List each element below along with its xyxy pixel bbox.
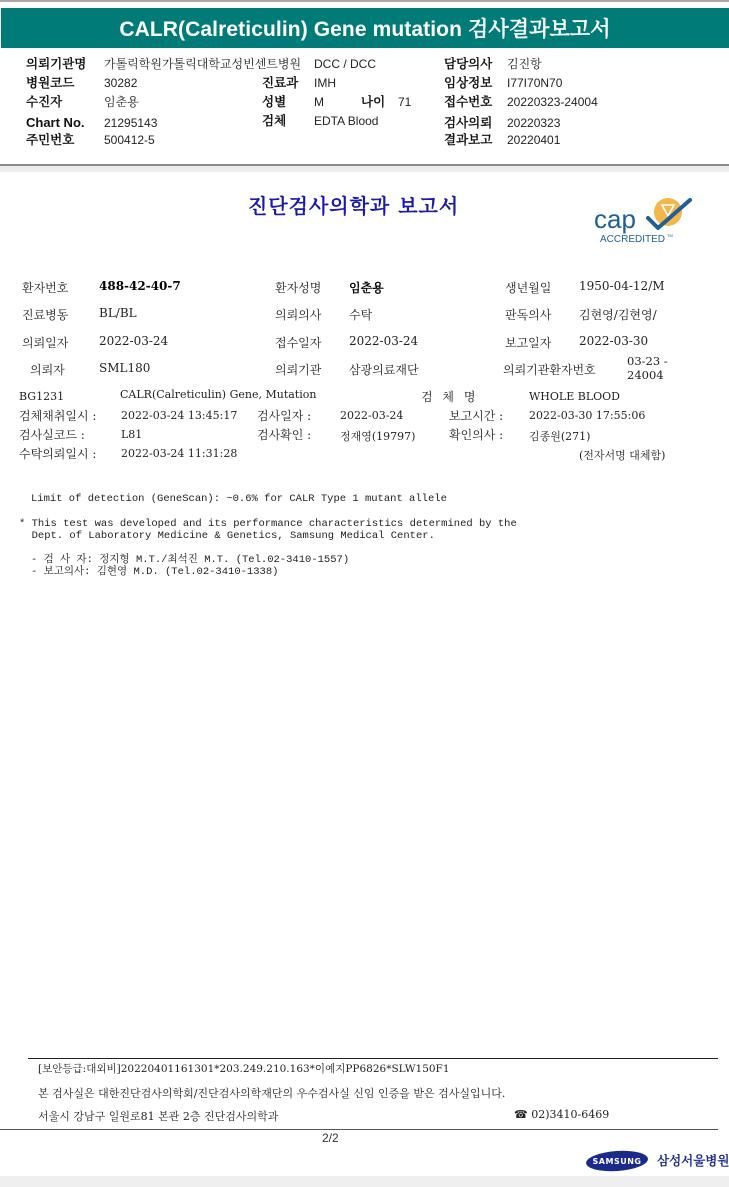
value-reading-doctor: 김현영/김현영/ (579, 306, 657, 323)
value-ward: BL/BL (99, 306, 137, 320)
label-patient-no: 환자번호 (22, 279, 68, 296)
dept-report-title: 진단검사의학과 보고서 (248, 190, 459, 219)
tester-info: - 검 사 자: 정지형 M.T./최석진 M.T. (Tel.02-3410-… (31, 554, 349, 566)
value-receipt-date: 2022-03-24 (349, 334, 418, 348)
bottom-band (0, 1176, 729, 1187)
certification-line: 본 검사실은 대한진단검사의학회/진단검사의학재단의 우수검사실 신임 인증을 … (38, 1085, 505, 1101)
label-test-date: 검사일자 : (257, 407, 311, 424)
label-test-request: 검사의뢰 (444, 114, 492, 132)
value-confirm-doctor: 김종원(271) (529, 428, 590, 444)
value-chart-no: 21295143 (104, 114, 157, 132)
footer-top-rule (28, 1058, 718, 1059)
value-resident-no: 500412-5 (104, 131, 155, 149)
value-age: 71 (398, 93, 411, 111)
label-test-confirm: 검사확인 : (257, 426, 311, 443)
value-requesting-institution: 가톨릭학원가톨릭대학교성빈센트병원 (104, 55, 301, 73)
label-patient: 수진자 (26, 93, 62, 111)
value-test-request: 20220323 (507, 114, 560, 132)
value-patient-name: 임춘용 (349, 279, 384, 296)
address-line: 서울시 강남구 일원로81 본관 2층 진단검사의학과 (38, 1108, 278, 1124)
label-receipt-date: 접수일자 (275, 334, 321, 351)
label-report-date: 보고일자 (505, 334, 551, 351)
value-patient: 임춘용 (104, 93, 139, 111)
value-requesting-org: 삼광의료재단 (349, 361, 419, 378)
value-consign-time: 2022-03-24 11:31:28 (121, 447, 237, 460)
label-age: 나이 (361, 93, 385, 111)
value-requester: SML180 (99, 361, 150, 375)
limit-of-detection: Limit of detection (GeneScan): ~0.6% for… (31, 493, 447, 505)
value-org-patient-no-line1: 03-23 - (627, 354, 668, 368)
value-result-report: 20220401 (507, 131, 560, 149)
value-department: IMH (314, 74, 336, 92)
value-report-date: 2022-03-30 (579, 334, 648, 348)
value-birth: 1950-04-12/M (579, 279, 665, 293)
value-test-date: 2022-03-24 (340, 409, 403, 422)
footer-bottom-rule (0, 1129, 718, 1130)
value-org-patient-no-line2: 24004 (627, 368, 664, 382)
label-hospital-code: 병원코드 (26, 74, 74, 92)
disclaimer-line-2: Dept. of Laboratory Medicine & Genetics,… (19, 530, 435, 542)
test-code: BG1231 (19, 390, 64, 403)
label-doctor-in-charge: 담당의사 (444, 55, 492, 73)
value-specimen: EDTA Blood (314, 112, 378, 130)
label-sex: 성별 (262, 93, 286, 111)
test-name: CALR(Calreticulin) Gene, Mutation (120, 388, 316, 401)
value-request-date: 2022-03-24 (99, 334, 168, 348)
disclaimer-line-1: * This test was developed and its perfor… (19, 518, 517, 530)
label-requesting-institution: 의뢰기관명 (26, 55, 86, 73)
label-resident-no: 주민번호 (26, 131, 74, 149)
value-patient-no: 488-42-40-7 (99, 279, 181, 293)
value-receipt-no: 20220323-24004 (507, 93, 598, 111)
label-result-report: 결과보고 (444, 131, 492, 149)
svg-text:ACCREDITED: ACCREDITED (600, 234, 665, 245)
value-doctor-in-charge: 김진항 (507, 55, 542, 73)
value-specimen-name: WHOLE BLOOD (529, 390, 620, 403)
value-hospital-code: 30282 (104, 74, 137, 92)
label-ward: 진료병동 (22, 306, 68, 323)
label-birth: 생년월일 (505, 279, 551, 296)
header-divider-shade (0, 166, 729, 172)
header-info: 의뢰기관명 가톨릭학원가톨릭대학교성빈센트병원 DCC / DCC 담당의사 김… (0, 0, 729, 160)
samsung-logo: SAMSUNG (586, 1150, 648, 1172)
label-request-date: 의뢰일자 (22, 334, 68, 351)
svg-text:TM: TM (667, 233, 673, 238)
label-ordering-doctor: 의뢰의사 (275, 306, 321, 323)
label-receipt-no: 접수번호 (444, 93, 492, 111)
phone-line: ☎ 02)3410-6469 (514, 1108, 609, 1121)
value-test-confirm: 정재영(19797) (340, 428, 415, 444)
label-report-time: 보고시간 : (449, 407, 503, 424)
label-patient-name: 환자성명 (275, 279, 321, 296)
label-requesting-org: 의뢰기관 (275, 361, 321, 378)
label-specimen: 검체 (262, 112, 286, 130)
value-collection-time: 2022-03-24 13:45:17 (121, 409, 237, 422)
label-specimen-name: 검 체 명 (421, 388, 478, 405)
cap-accredited-logo: cap ACCREDITED TM (592, 196, 696, 248)
value-ward: DCC / DCC (314, 55, 376, 73)
security-line: [보안등급:대외비]20220401161301*203.249.210.163… (38, 1061, 450, 1076)
page-number: 2/2 (322, 1131, 339, 1145)
label-confirm-doctor: 확인의사 : (449, 426, 503, 443)
hospital-name: 삼성서울병원 (657, 1151, 729, 1169)
label-org-patient-no: 의뢰기관환자번호 (503, 361, 596, 378)
label-department: 진료과 (262, 74, 298, 92)
esign-note: (전자서명 대체함) (579, 447, 665, 463)
label-reading-doctor: 판독의사 (505, 306, 551, 323)
svg-text:cap: cap (594, 204, 636, 234)
label-lab-code: 검사실코드 : (19, 426, 85, 443)
value-lab-code: L81 (121, 428, 142, 441)
reporter-info: - 보고의사: 김현영 M.D. (Tel.02-3410-1338) (31, 566, 278, 578)
label-collection-time: 검체채취일시 : (19, 407, 96, 424)
label-requester: 의뢰자 (30, 361, 65, 378)
label-clinical-info: 임상정보 (444, 74, 492, 92)
label-consign-time: 수탁의뢰일시 : (19, 445, 96, 462)
value-ordering-doctor: 수탁 (349, 306, 372, 323)
value-sex: M (314, 93, 324, 111)
value-clinical-info: I77I70N70 (507, 74, 562, 92)
value-report-time: 2022-03-30 17:55:06 (529, 409, 645, 422)
svg-text:SAMSUNG: SAMSUNG (593, 1157, 642, 1166)
label-chart-no: Chart No. (26, 114, 85, 132)
